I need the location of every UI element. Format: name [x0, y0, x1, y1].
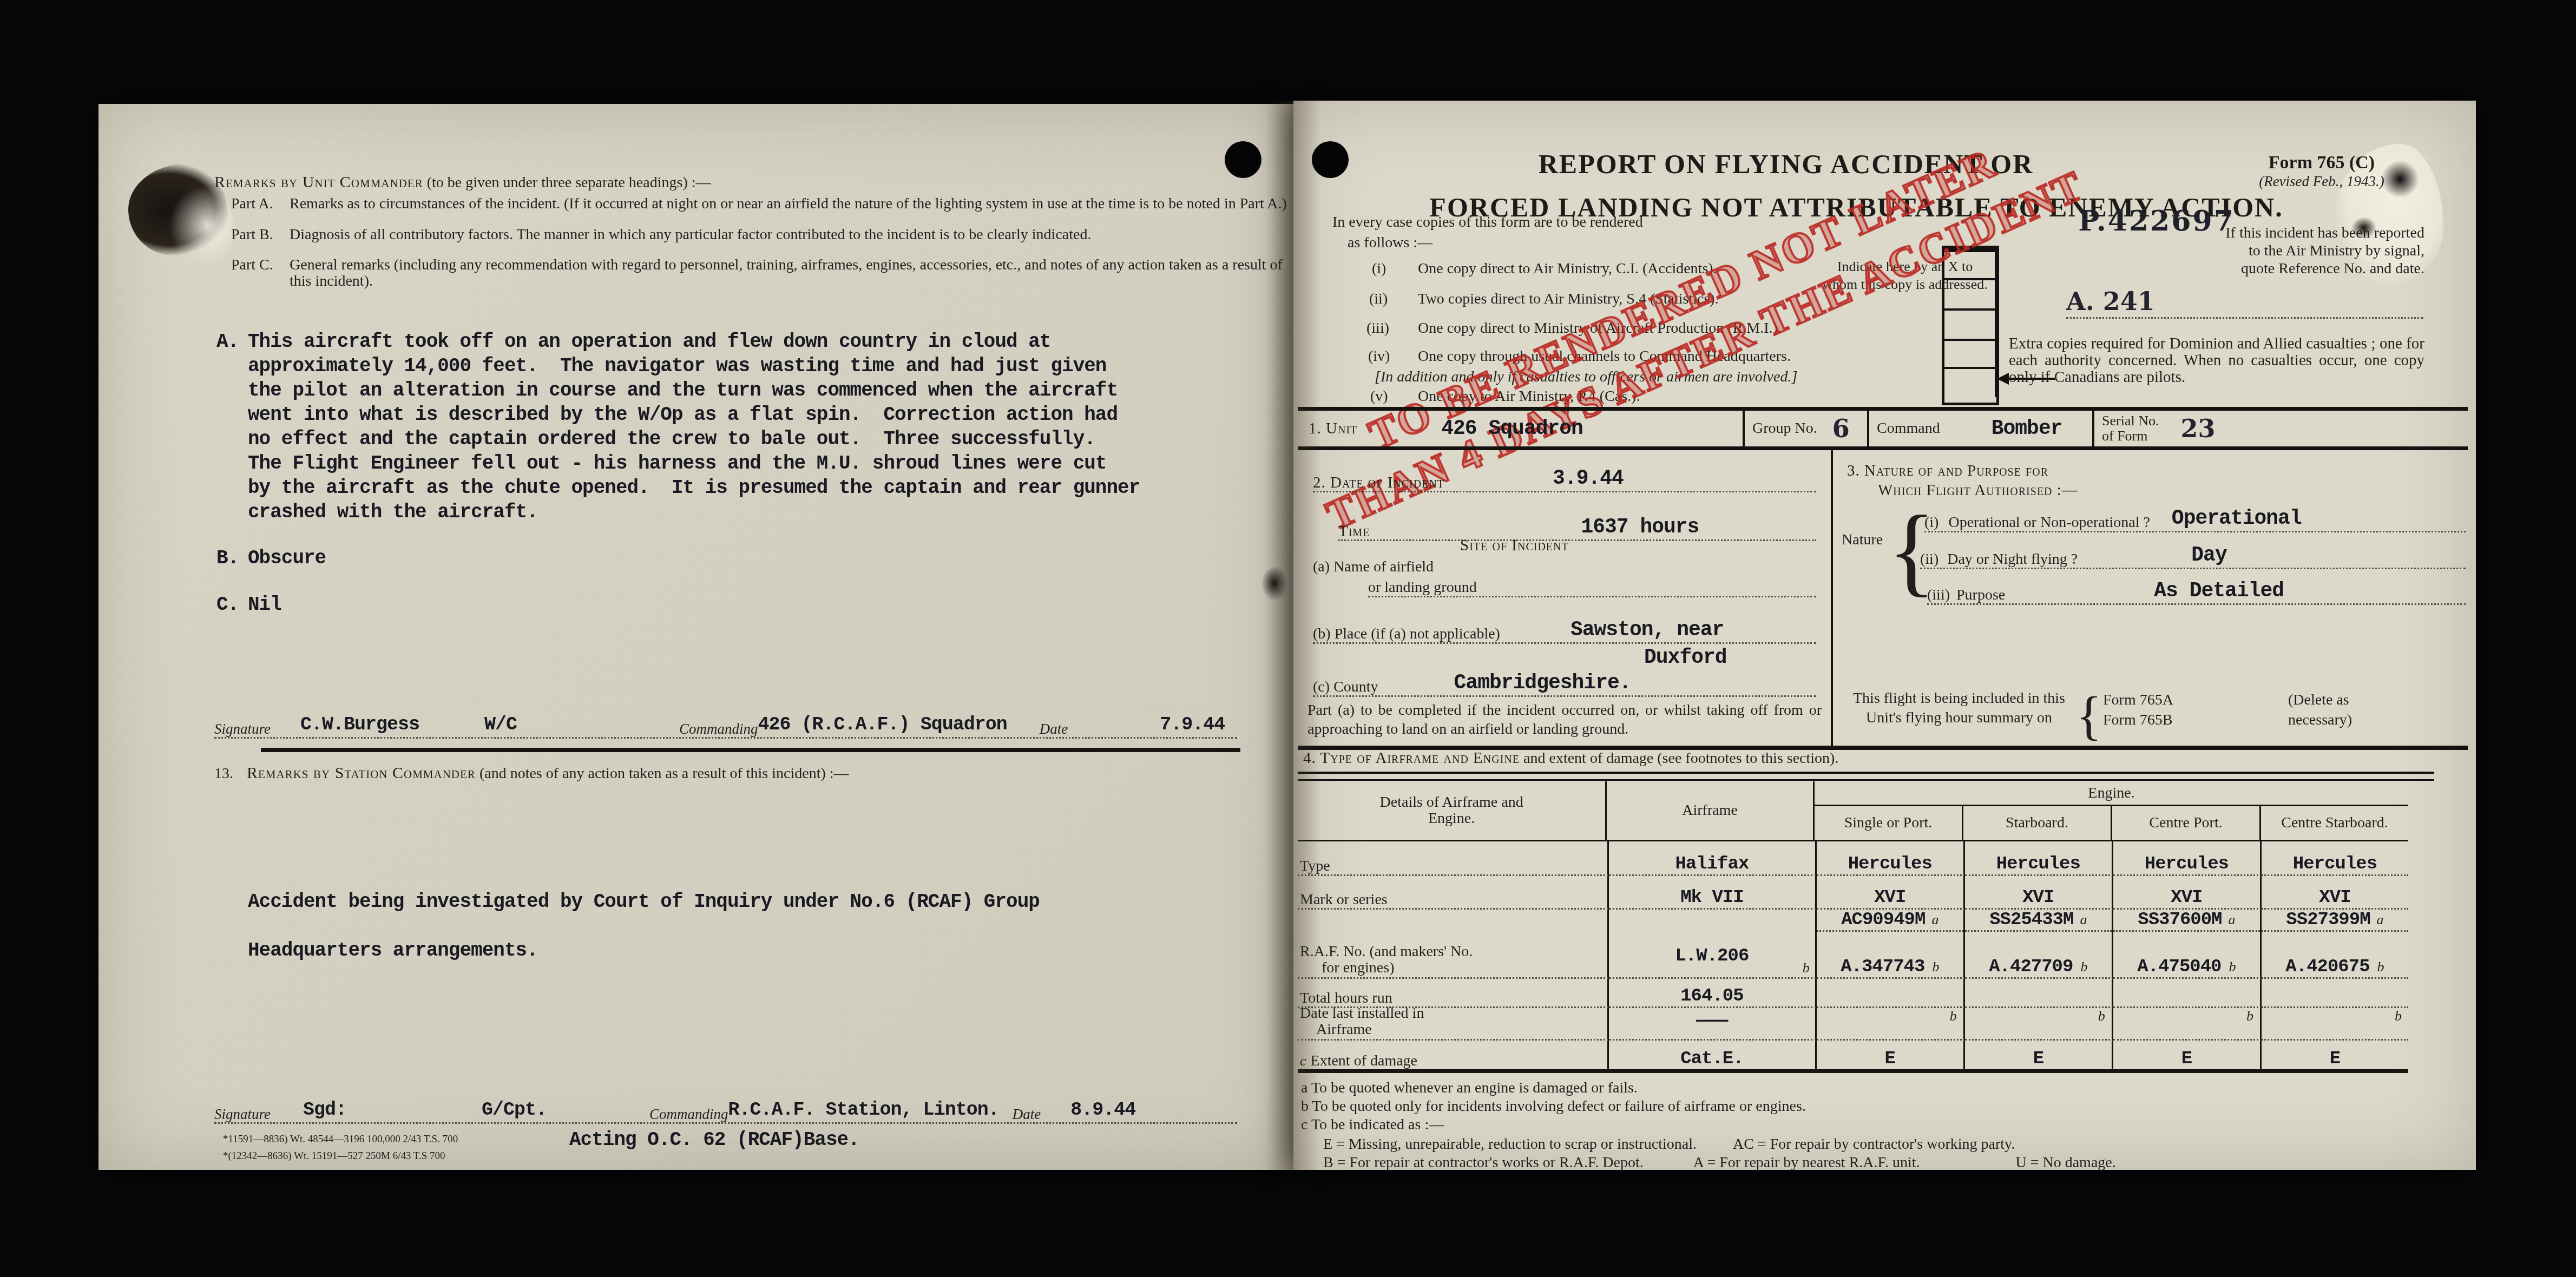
entry-a-line: the pilot an alteration in course and th… — [248, 378, 1140, 403]
copies-item: (iv) One copy through usual channels to … — [1368, 348, 2018, 365]
copies-item-num: (v) — [1370, 389, 1414, 405]
station-remarks-line1: Accident being investigated by Court of … — [248, 890, 1040, 914]
signature-date: 7.9.44 — [1160, 713, 1225, 737]
signature-rank: G/Cpt. — [482, 1098, 547, 1122]
signal-note-line3: quote Reference No. and date. — [2051, 260, 2424, 278]
right-page: REPORT ON FLYING ACCIDENT OR FORCED LAND… — [1293, 101, 2476, 1170]
arrow-head-icon — [1997, 373, 2009, 385]
damage-engine-value: E — [2330, 1049, 2340, 1069]
engine-serial-b: A.420675 — [2285, 957, 2369, 977]
copies-item-text: One copy direct to Ministry of Aircraft … — [1418, 320, 1782, 337]
copy-checkbox — [1944, 252, 1996, 280]
table-footnotes: a To be quoted whenever an engine is dam… — [1301, 1079, 1806, 1134]
installed-engine-cell: b — [1965, 1008, 2113, 1041]
signature-date: 8.9.44 — [1070, 1098, 1135, 1122]
day-night-label: Day or Night flying ? — [1947, 551, 2078, 568]
page-gutter-shadow — [1266, 101, 1320, 1170]
raf-label: R.A.F. No. (and makers' No. for engines) — [1300, 944, 1473, 977]
copies-item-text: One copy through usual channels to Comma… — [1418, 348, 1791, 365]
signature-name: Sgd: — [303, 1098, 346, 1122]
type-row: Type Halifax Hercules Hercules Hercules … — [1298, 841, 2408, 876]
delete-note-line1: (Delete as — [2288, 690, 2352, 710]
raf-airframe-cell: L.W.206 b — [1609, 910, 1817, 979]
installed-label-cell: Date last installed in Airframe — [1298, 1008, 1609, 1041]
commanding-label: Commanding — [649, 1106, 728, 1122]
hours-engine-cell — [2113, 979, 2262, 1008]
engine-col-label: Centre Starboard. — [2281, 815, 2388, 831]
station-commander-signature-row: Signature Sgd: G/Cpt. Commanding R.C.A.F… — [214, 1094, 1237, 1124]
airframe-engine-section-title: 4. Type of Airframe and Engine and exten… — [1303, 750, 1838, 767]
mark-airframe-value: Mk VII — [1680, 887, 1743, 908]
airfield-name-label-line2: or landing ground — [1368, 580, 1477, 596]
county-field: (c) County Cambridgeshire. — [1313, 667, 1816, 697]
engine-subheaders: Single or Port. Starboard. Centre Port. … — [1815, 806, 2408, 840]
signature-label: Signature — [214, 1106, 271, 1122]
raf-label-line1: R.A.F. No. (and makers' No. — [1300, 944, 1473, 960]
damage-engine-cell: E — [1817, 1041, 1965, 1071]
part-a-label: Part A. — [231, 196, 273, 212]
details-header-cell: Details of Airframe and Engine. — [1298, 781, 1607, 840]
installed-airframe-cell: ——— — [1609, 1008, 1817, 1041]
print-code-line1: *11591—8836) Wt. 48544—3196 100,000 2/43… — [223, 1131, 458, 1148]
part-b-text: Diagnosis of all contributory factors. T… — [290, 226, 1091, 243]
part-b-instruction: Part B. Diagnosis of all contributory fa… — [231, 227, 1297, 243]
entry-c-value: Nil — [248, 593, 281, 617]
damage-codes-line2: B = For repair at contractor's works or … — [1323, 1154, 2116, 1172]
engine-header-group: Engine. Single or Port. Starboard. Centr… — [1815, 781, 2408, 840]
hours-engine-cell — [1817, 979, 1965, 1008]
entry-a-line: approximately 14,000 feet. The navigator… — [248, 354, 1140, 378]
damage-engine-value: E — [2033, 1049, 2043, 1069]
mark-row: Mark or series Mk VII XVI XVI XVI XVI — [1298, 876, 2408, 910]
table-bottom-rule — [1298, 1069, 2408, 1073]
entry-c-label: C. — [216, 593, 239, 617]
commanding-unit: 426 (R.C.A.F.) Squadron — [758, 713, 1007, 737]
copies-intro-line2: as follows :— — [1348, 235, 1432, 251]
damage-code-a: A = For repair by nearest R.A.F. unit. — [1693, 1154, 1920, 1171]
delete-note-line2: necessary) — [2288, 710, 2352, 730]
purpose-field: (iii) Purpose As Detailed — [1927, 577, 2466, 605]
engine-serial-b: A.427709 — [1989, 957, 2073, 977]
section4-double-rule — [1298, 772, 2434, 781]
footnote-marker-b: b — [2377, 959, 2384, 975]
station-commander-title-text: Remarks by Station Commander — [247, 764, 476, 782]
type-engine-value: Hercules — [1848, 854, 1932, 874]
footnote-b: b To be quoted only for incidents involv… — [1301, 1097, 1806, 1116]
copies-item-text: One copy direct to Air Ministry, C.I. (A… — [1418, 260, 1717, 277]
engine-col-label: Starboard. — [2006, 815, 2068, 831]
copies-item-num: (iii) — [1366, 320, 1414, 337]
engine-header: Engine. — [2088, 785, 2134, 801]
type-engine-value: Hercules — [2145, 854, 2229, 874]
mark-engine-value: XVI — [2022, 887, 2054, 908]
damage-code-e: E = Missing, unrepairable, reduction to … — [1323, 1136, 1697, 1153]
serial-label: Serial No. of Form — [2102, 413, 2159, 444]
airfield-name-label-line1: (a) Name of airfield — [1313, 559, 1434, 575]
copies-item-text: One copy to Air Ministry, P.4 (Cas.). — [1418, 388, 1640, 405]
installed-airframe-dash: ——— — [1696, 1011, 1727, 1031]
part-b-label: Part B. — [231, 227, 273, 243]
damage-codes-line1: E = Missing, unrepairable, reduction to … — [1323, 1135, 2015, 1154]
type-engine-cell: Hercules — [2262, 841, 2408, 876]
mark-engine-value: XVI — [2319, 887, 2350, 908]
damage-label: Extent of damage — [1311, 1053, 1417, 1069]
footnote-marker-a: a — [2229, 912, 2236, 927]
part-a-completion-note: Part (a) to be completed if the incident… — [1307, 701, 1822, 739]
damage-engine-cell: E — [2113, 1041, 2262, 1071]
command-label: Command — [1877, 420, 1940, 437]
copy-checkbox — [1944, 280, 1996, 311]
date-installed-row: Date last installed in Airframe ——— b b … — [1298, 1008, 2408, 1041]
table-header-row: Details of Airframe and Engine. Airframe… — [1298, 781, 2408, 841]
signal-report-note: If this incident has been reported to th… — [2051, 224, 2424, 278]
purpose-label: Purpose — [1956, 587, 2005, 603]
damage-engine-cell: E — [1965, 1041, 2113, 1071]
signal-note-line1: If this incident has been reported — [2051, 224, 2424, 242]
footnote-marker-a: a — [1931, 912, 1938, 927]
airframe-header-cell: Airframe — [1607, 781, 1815, 840]
mark-airframe-cell: Mk VII — [1609, 876, 1817, 910]
time-label: Time — [1338, 523, 1370, 539]
scanned-document-background: { "stamp_color": "#bf3a32", "left_page":… — [0, 0, 2576, 1277]
command-value: Bomber — [1992, 417, 2062, 441]
damage-airframe-cell: Cat.E. — [1609, 1041, 1817, 1071]
date-of-incident-field: 2. Date of Incident 3.9.44 — [1313, 462, 1816, 492]
section-divider — [1831, 446, 1833, 746]
serial-label-line1: Serial No. — [2102, 413, 2159, 429]
part-a-text: Remarks as to circumstances of the incid… — [290, 195, 1287, 212]
mark-engine-cell: XVI — [2113, 876, 2262, 910]
footnote-marker-b: b — [2395, 1008, 2402, 1024]
place-field: (b) Place (if (a) not applicable) Sawsto… — [1313, 609, 1816, 644]
serial-cell: Serial No. of Form 23 — [2094, 411, 2468, 446]
hours-label-cell: Total hours run — [1298, 979, 1609, 1008]
entry-a-line: by the aircraft as the chute opened. It … — [248, 476, 1140, 500]
serial-label-line2: of Form — [2102, 429, 2159, 444]
raf-label-cell: R.A.F. No. (and makers' No. for engines) — [1298, 910, 1609, 979]
signature-heavy-rule — [261, 748, 1240, 752]
date-label: Date — [1013, 1106, 1041, 1122]
entry-a-line: This aircraft took off on an operation a… — [248, 330, 1140, 354]
signature-name: C.W.Burgess — [300, 713, 419, 737]
copies-item-num: (ii) — [1369, 291, 1414, 307]
engine-serial-a: AC90949M — [1841, 910, 1925, 930]
signature-label: Signature — [214, 721, 271, 737]
footnote-marker-b: b — [1803, 960, 1810, 976]
damage-engine-value: E — [1885, 1049, 1895, 1069]
purpose-value: As Detailed — [2154, 579, 2284, 603]
time-field: Time 1637 hours — [1338, 510, 1816, 541]
extra-copies-note: Extra copies required for Dominion and A… — [2009, 335, 2424, 386]
section4-title-sc: 4. Type of Airframe and Engine — [1303, 749, 1520, 767]
date-of-incident-value: 3.9.44 — [1553, 466, 1624, 491]
unit-commander-signature-row: Signature C.W.Burgess W/C Commanding 426… — [214, 709, 1237, 739]
hole-punch — [1312, 141, 1349, 178]
damage-code-b: B = For repair at contractor's works or … — [1323, 1154, 1644, 1171]
type-airframe-cell: Halifax — [1609, 841, 1817, 876]
damage-label-cell: c Extent of damage — [1298, 1041, 1609, 1071]
footnote-marker-b: b — [1932, 959, 1939, 975]
type-label-cell: Type — [1298, 841, 1609, 876]
summary-forms: Form 765A Form 765B — [2103, 690, 2173, 730]
mark-engine-cell: XVI — [1817, 876, 1965, 910]
hole-punch — [1225, 141, 1261, 178]
operational-field: (i) Operational or Non-operational ? Ope… — [1924, 505, 2466, 532]
delete-as-necessary-note: (Delete as necessary) — [2288, 690, 2352, 730]
damage-code-u: U = No damage. — [2015, 1154, 2115, 1171]
unit-commander-section-title: Remarks by Unit Commander (to be given u… — [214, 174, 711, 191]
installed-engine-cell: b — [1817, 1008, 1965, 1041]
footnote-marker-b: b — [1950, 1008, 1957, 1024]
footnote-c: c To be indicated as :— — [1301, 1116, 1806, 1134]
type-engine-cell: Hercules — [2113, 841, 2262, 876]
type-engine-cell: Hercules — [1817, 841, 1965, 876]
type-engine-cell: Hercules — [1965, 841, 2113, 876]
entry-b-label: B. — [216, 546, 239, 570]
part-a-instruction: Part A. Remarks as to circumstances of t… — [231, 196, 1297, 212]
form-title-line1: REPORT ON FLYING ACCIDENT OR — [1472, 148, 2100, 180]
engine-serial-a: SS25433M — [1989, 910, 2073, 930]
group-value: 6 — [1832, 414, 1850, 443]
print-code-line2: *(12342—8636) Wt. 15191—527 250M 6/43 T.… — [223, 1148, 458, 1164]
footnote-marker-a: a — [2080, 912, 2087, 927]
left-page: Remarks by Unit Commander (to be given u… — [98, 104, 1293, 1170]
damage-engine-value: E — [2181, 1049, 2192, 1069]
engine-col-header: Centre Starboard. — [2261, 806, 2408, 840]
details-header: Details of Airframe and Engine. — [1380, 794, 1523, 827]
type-airframe-value: Halifax — [1675, 854, 1749, 874]
unit-value: 426 Squadron — [1441, 417, 1583, 441]
raf-engine-cell: SS25433Ma A.427709b — [1965, 910, 2113, 979]
engine-serial-a: SS27399M — [2286, 910, 2370, 930]
mark-engine-cell: XVI — [1965, 876, 2113, 910]
day-night-field: (ii) Day or Night flying ? Day — [1920, 542, 2466, 569]
airfield-name-field: or landing ground — [1368, 576, 1816, 597]
engine-col-label: Centre Port. — [2149, 815, 2222, 831]
copies-item: (v) One copy to Air Ministry, P.4 (Cas.)… — [1370, 389, 1933, 405]
engine-header-cell: Engine. — [1815, 781, 2408, 806]
installed-engine-cell: b — [2262, 1008, 2408, 1041]
form-765a-option: Form 765A — [2103, 690, 2173, 710]
mark-engine-value: XVI — [1874, 887, 1905, 908]
copies-item: (ii) Two copies direct to Air Ministry, … — [1369, 291, 1932, 307]
copy-address-checkbox-column — [1942, 246, 1999, 405]
station-commander-title-note: (and notes of any action taken as a resu… — [479, 765, 849, 782]
flying-hour-summary-note: This flight is being included in this Un… — [1845, 689, 2073, 728]
copy-checkbox — [1944, 341, 1996, 369]
date-of-incident-label: 2. Date of Incident — [1313, 475, 1444, 491]
day-night-value: Day — [2191, 543, 2226, 568]
copies-item-num: (i) — [1372, 261, 1414, 277]
place-value-line2: Duxford — [1644, 646, 1727, 670]
form-revision: (Revised Feb., 1943.) — [2222, 173, 2422, 190]
operational-value: Operational — [2172, 506, 2302, 531]
incident-details-section: 2. Date of Incident 3.9.44 Time 1637 hou… — [1298, 446, 2468, 750]
raf-engine-cell: SS27399Ma A.420675b — [2262, 910, 2408, 979]
part-c-instruction: Part C. General remarks (including any r… — [231, 257, 1297, 289]
entry-b-value: Obscure — [248, 546, 326, 570]
form-number: Form 765 (C) — [2222, 153, 2422, 173]
forms-brace-icon: { — [2076, 684, 2102, 747]
form-765b-option: Form 765B — [2103, 710, 2173, 730]
commanding-label: Commanding — [679, 721, 758, 737]
entry-a-paragraph: This aircraft took off on an operation a… — [248, 330, 1140, 524]
hours-engine-cell — [1965, 979, 2113, 1008]
mark-engine-value: XVI — [2171, 887, 2202, 908]
unit-commander-title-note: (to be given under three separate headin… — [427, 174, 711, 191]
entry-a-line: went into what is described by the W/Op … — [248, 403, 1140, 427]
type-engine-value: Hercules — [2293, 854, 2377, 874]
signal-note-line2: to the Air Ministry by signal, — [2051, 242, 2424, 260]
copies-intro-line1: In every case copies of this form are to… — [1332, 214, 1643, 231]
form-reference: Form 765 (C) (Revised Feb., 1943.) — [2222, 153, 2422, 190]
place-label: (b) Place (if (a) not applicable) — [1313, 626, 1500, 642]
entry-a-label: A. — [216, 330, 239, 354]
acting-oc-note: Acting O.C. 62 (RCAF)Base. — [569, 1128, 859, 1152]
part-c-label: Part C. — [231, 257, 273, 273]
raf-airframe-value: L.W.206 — [1675, 946, 1749, 966]
commanding-unit: R.C.A.F. Station, Linton. — [728, 1098, 999, 1122]
site-of-incident-label: Site of Incident — [1460, 537, 1569, 554]
nature-purpose-title-line1: 3. Nature of and Purpose for — [1847, 463, 2048, 479]
engine-col-header: Single or Port. — [1815, 806, 1963, 840]
section4-title-rest: and extent of damage (see footnotes to t… — [1523, 750, 1838, 767]
damage-engine-cell: E — [2262, 1041, 2408, 1071]
damage-airframe-value: Cat.E. — [1680, 1049, 1743, 1069]
airframe-engine-table: Details of Airframe and Engine. Airframe… — [1298, 781, 2408, 1071]
unit-row: 1. Unit 426 Squadron Group No. 6 Command… — [1298, 407, 2468, 450]
copy-checkbox — [1944, 369, 1996, 397]
station-commander-section-title: 13. Remarks by Station Commander (and no… — [214, 765, 849, 782]
county-value: Cambridgeshire. — [1454, 671, 1631, 695]
damage-row: c Extent of damage Cat.E. E E E E — [1298, 1041, 2408, 1071]
group-cell: Group No. 6 — [1745, 411, 1869, 446]
command-cell: Command Bomber — [1869, 411, 2094, 446]
nature-label: Nature — [1842, 532, 1883, 548]
signal-reference-value: A. 241 — [2066, 287, 2155, 316]
unit-cell: 1. Unit 426 Squadron — [1298, 411, 1745, 446]
footnote-a: a To be quoted whenever an engine is dam… — [1301, 1079, 1806, 1097]
footnote-marker-a: a — [2377, 912, 2384, 927]
raf-engine-cell: AC90949Ma A.347743b — [1817, 910, 1965, 979]
footnote-marker-b: b — [2080, 959, 2087, 975]
footnote-marker-b: b — [2246, 1008, 2253, 1024]
engine-serial-b: A.347743 — [1841, 957, 1924, 977]
date-label: Date — [1040, 721, 1068, 737]
details-header-line1: Details of Airframe and — [1380, 794, 1523, 811]
entry-a-line: no effect and the captain ordered the cr… — [248, 427, 1140, 451]
footnote-marker-b: b — [2098, 1008, 2105, 1024]
engine-col-header: Centre Port. — [2112, 806, 2261, 840]
print-codes: *11591—8836) Wt. 48544—3196 100,000 2/43… — [223, 1131, 458, 1164]
hours-airframe-value: 164.05 — [1680, 986, 1743, 1006]
group-label: Group No. — [1752, 420, 1817, 437]
details-header-line2: Engine. — [1380, 811, 1523, 827]
part-c-text: General remarks (including any recommend… — [290, 256, 1283, 289]
place-value-line1: Sawston, near — [1570, 618, 1724, 642]
airframe-header: Airframe — [1682, 802, 1738, 819]
raf-number-row: R.A.F. No. (and makers' No. for engines)… — [1298, 910, 2408, 979]
time-value: 1637 hours — [1581, 515, 1699, 539]
entry-a-line: The Flight Engineer fell out - his harne… — [248, 451, 1140, 476]
summary-note-line1: This flight is being included in this — [1845, 689, 2073, 708]
engine-col-header: Starboard. — [1963, 806, 2112, 840]
raf-label-line2: for engines) — [1300, 960, 1473, 976]
hours-engine-cell — [2262, 979, 2408, 1008]
mark-engine-cell: XVI — [2262, 876, 2408, 910]
purpose-num: (iii) — [1927, 587, 1950, 603]
mark-label-cell: Mark or series — [1298, 876, 1609, 910]
station-commander-number: 13. — [214, 765, 233, 782]
signature-rank: W/C — [484, 713, 517, 737]
footnote-marker-b: b — [2229, 959, 2236, 975]
type-engine-value: Hercules — [1996, 854, 2080, 874]
copies-item-num: (iv) — [1368, 348, 1414, 365]
engine-serial-b: A.475040 — [2137, 957, 2221, 977]
copies-item-text: Two copies direct to Air Ministry, S.4 (… — [1418, 291, 1719, 307]
copies-item: (iii) One copy direct to Ministry of Air… — [1366, 320, 2016, 337]
total-hours-row: Total hours run 164.05 — [1298, 979, 2408, 1008]
unit-commander-title-text: Remarks by Unit Commander — [214, 173, 423, 191]
entry-a-line: crashed with the aircraft. — [248, 500, 1140, 524]
damage-code-ac: AC = For repair by contractor's working … — [1733, 1136, 2015, 1153]
operational-label: Operational or Non-operational ? — [1948, 515, 2150, 531]
engine-serial-a: SS37600M — [2138, 910, 2222, 930]
hours-airframe-cell: 164.05 — [1609, 979, 1817, 1008]
county-label: (c) County — [1313, 679, 1378, 695]
summary-note-line2: Unit's flying hour summary on — [1845, 708, 2073, 728]
installed-engine-cell: b — [2113, 1008, 2262, 1041]
station-remarks-line2: Headquarters arrangements. — [248, 938, 538, 963]
serial-value: 23 — [2180, 414, 2215, 443]
copy-checkbox — [1944, 311, 1996, 341]
day-night-num: (ii) — [1920, 551, 1938, 568]
signal-reference-field: A. 241 — [2066, 287, 2423, 319]
operational-num: (i) — [1924, 515, 1938, 531]
raf-engine-cell: SS37600Ma A.475040b — [2113, 910, 2262, 979]
engine-col-label: Single or Port. — [1844, 815, 1933, 831]
